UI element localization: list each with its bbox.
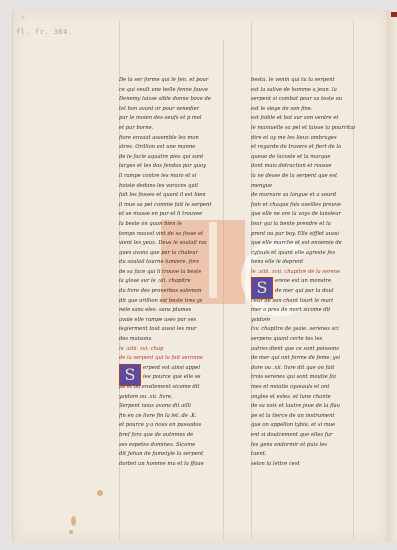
text-line: de sa face qui li trouve la beste — [119, 268, 225, 278]
text-line: de sa voix et lautre jeue de la flau — [251, 402, 355, 412]
text-line: la ne desse de la serpent que est — [251, 172, 355, 182]
left-text-column: De la ser forme qui le fen. et pource qu… — [119, 76, 225, 469]
chapter-body: Serpent est ainsi appellee pource que el… — [119, 364, 225, 470]
text-line: hoiste dedans les voraces quil — [119, 182, 225, 192]
shelfmark-mark: × — [21, 15, 25, 21]
text-line: selon la lettre cest — [251, 460, 355, 470]
text-line: dit que orillion est beste tres ys — [119, 297, 225, 307]
text-line: et par borne. — [119, 124, 225, 134]
text-line: teur qui la bente prendre et la — [251, 220, 355, 230]
text-line: de morsure sa langue et a sourd — [251, 191, 355, 201]
decorated-initial: S — [251, 277, 273, 299]
text-line: dorbet un homme mu et la ffaue — [119, 460, 225, 470]
text-line: par le moien des oeufs et p mel — [119, 114, 225, 124]
text-line: bens elle le deprent — [251, 258, 355, 268]
text-line: prent ou par boy. Elle sifflet aussi — [251, 230, 355, 240]
text-line: il rampe contre les murs et si — [119, 172, 225, 182]
text-line: que on appellon tybia. et si mue — [251, 421, 355, 431]
text-line: dire et ay me les lieux ombrages — [251, 134, 355, 144]
text-line: de le facle aquatre pies qui sont — [119, 153, 225, 163]
stain — [97, 490, 103, 496]
text-line: ent si doulcement que elles fur — [251, 431, 355, 441]
text-line: ques avans que par la chaleur — [119, 249, 225, 259]
text-line: vient les yeux. Deus le soulail ras — [119, 239, 225, 249]
text-line: dont mais detraction et rousse — [251, 162, 355, 172]
text-line: dore ou .xii. livre dit que on fait — [251, 364, 355, 374]
text-line: dit Jehan de fametyle la serpent — [119, 450, 225, 460]
text-line: autres dient que ce sont poissons — [251, 345, 355, 355]
text-line: legierment tout aussi les mur — [119, 325, 225, 335]
text-line: tel bon avant or pour venedier — [119, 105, 225, 115]
shelfmark: fl. fr. 364. — [16, 28, 73, 36]
text-line: que elle marche et est ennemie de — [251, 239, 355, 249]
rubric-heading: le .xiiii. xvi. chap — [119, 345, 225, 355]
text-line: bref fors que de autnmes de — [119, 431, 225, 441]
rubric-heading: de la serpent qui la fait seronne — [119, 354, 225, 364]
text-line: ysidore ou .xii. livre. — [119, 393, 225, 403]
text-line: la beste on quan bien le — [119, 220, 225, 230]
text-line: est la salive de homme a jeun. la — [251, 86, 355, 96]
chapter-body: Serene est un monstrede mer qui par la d… — [251, 277, 355, 469]
text-line: fain et chaque fois oveilles preuve — [251, 201, 355, 211]
page-edge — [387, 10, 397, 542]
text-line: fin en ce livre fin la let. de .K. — [119, 412, 225, 422]
text-line: il mue sa pel comme fait le serpent — [119, 201, 225, 211]
text-line: De la ser forme qui le fen. et pour — [119, 76, 225, 86]
text-line: et pource y a nous en passados — [119, 421, 225, 431]
text-line: mengue — [251, 182, 355, 192]
text-line: queue de lacoste et la marque — [251, 153, 355, 163]
text-line: trois serenes qui sont moutie fai — [251, 373, 355, 383]
bookmark-tab — [391, 12, 397, 17]
text-line: du soulail tourne lumiere. fors — [119, 258, 225, 268]
text-line: fait les fosses et quant il est bien — [119, 191, 225, 201]
text-line: larges et les dos fendus par quoy — [119, 162, 225, 172]
text-line: ce qui veult une belle fenne fauve — [119, 86, 225, 96]
text-line: ysidore — [251, 316, 355, 326]
text-line: serpent si combat pour sa teste ou — [251, 95, 355, 105]
text-line: serpens quant certe tes les — [251, 335, 355, 345]
stain — [71, 516, 76, 526]
text-line: du livre des proverbes salemon — [119, 287, 225, 297]
text-line: nele sans eles. sans plumes — [119, 306, 225, 316]
stain — [69, 530, 73, 534]
text-line: fiore envaut assemble les mon — [119, 134, 225, 144]
text-line: les gens endormir et puis les — [251, 441, 355, 451]
text-line: temps nouvel vint de sa fosse et — [119, 230, 225, 240]
text-line: de mer qui ont forme de feme. ysi — [251, 354, 355, 364]
text-line: des maisons. — [119, 335, 225, 345]
text-line: pe et la tierce de un instrument — [251, 412, 355, 422]
right-text-column: bestu. le venin qui tu la serpentest la … — [251, 76, 355, 469]
text-line: mer a pres de mort sicome dit — [251, 306, 355, 316]
text-line: bestu. le venin qui tu la serpent — [251, 76, 355, 86]
text-line: Serpent nous avons dit ailli — [119, 402, 225, 412]
text-line: ses espetes domines. Sicome — [119, 441, 225, 451]
text-line: cyfauls et quant elle agreste fes — [251, 249, 355, 259]
text-line: lxv. chapitre de ysaie. serenes sci — [251, 325, 355, 335]
text-line: est le siege de son fine. — [251, 105, 355, 115]
text-line: est foible et bat sur son ventre et — [251, 114, 355, 124]
text-line: stres. Orillion est une manne — [119, 143, 225, 153]
text-line: la glose sur le .vii. chapitre — [119, 277, 225, 287]
manuscript-page: × fl. fr. 364. De la ser forme qui le fe… — [12, 10, 388, 542]
text-line: avaie elle rampe ases par ses — [119, 316, 225, 326]
text-line: et regarde de travers et fiert de la — [251, 143, 355, 153]
text-line: mes et moutie oyseauls et ont — [251, 383, 355, 393]
text-line: Denemy laisse sible donne bove de — [119, 95, 225, 105]
text-line: que elle ne ore la voys de lansleur — [251, 210, 355, 220]
decorated-initial: S — [119, 364, 141, 386]
text-line: le maniuelle sa pel et laisse la pourrit… — [251, 124, 355, 134]
text-line: ongles et esles. et lune chante — [251, 393, 355, 403]
rubric-heading: le .xiiii. xvii. chapitre de la serene — [251, 268, 355, 278]
text-line: et se musse en pur et li trouvee — [119, 210, 225, 220]
text-line: tuent. — [251, 450, 355, 460]
